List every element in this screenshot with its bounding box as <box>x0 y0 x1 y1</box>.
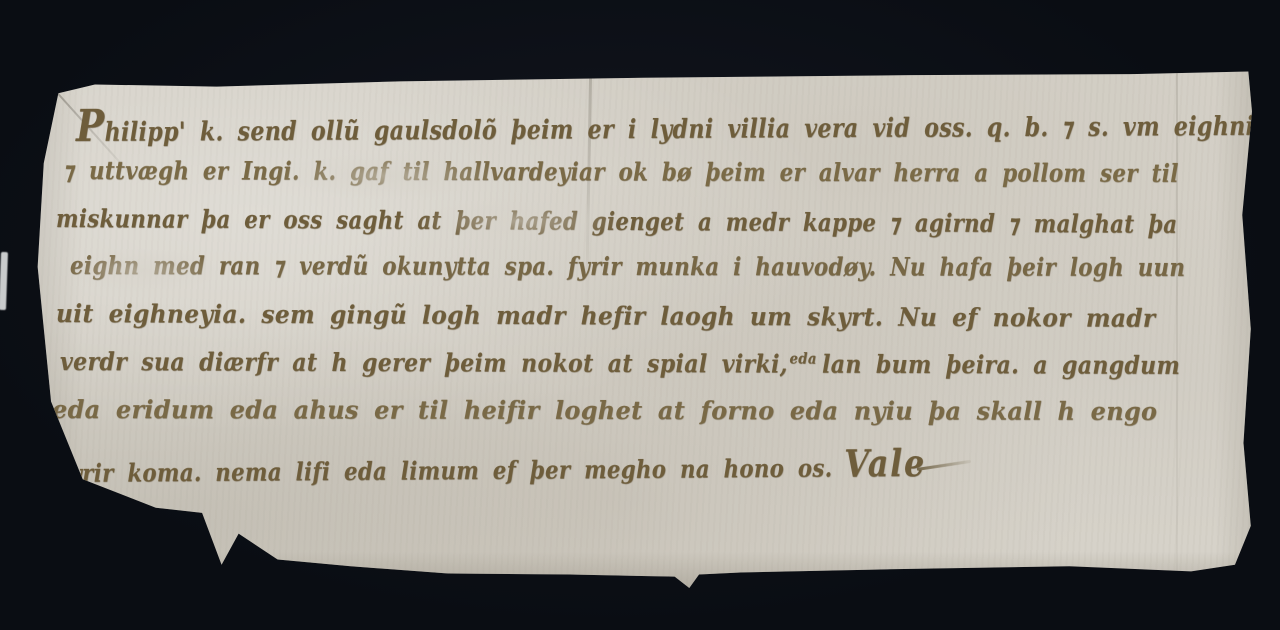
photo-background: Philipp' k. send ollũ gaulsdolõ þeim er … <box>0 0 1280 630</box>
crease-line <box>1176 70 1178 588</box>
background-paper-sliver <box>0 252 8 310</box>
manuscript-line-3: miskunnar þa er oss saght at þer hafed g… <box>56 206 1177 237</box>
interlinear-insertion: eda <box>790 349 817 367</box>
manuscript-line-1: Philipp' k. send ollũ gaulsdolõ þeim er … <box>76 104 1280 146</box>
manuscript-line-8-text: fyrir koma. nema lifi eda limum ef þer m… <box>60 454 833 488</box>
manuscript-line-6-text: verdr sua diærfr at h gerer þeim nokot a… <box>60 347 788 379</box>
manuscript-line-7: eda eridum eda ahus er til heifir loghet… <box>52 397 1157 424</box>
manuscript-line-6-text-after: lan bum þeira. a gangdum <box>822 350 1180 380</box>
manuscript-line-4: eighn med ran ⁊ verdũ okunytta spa. fyri… <box>70 253 1185 280</box>
manuscript-line-5: uit eighneyia. sem gingũ logh madr hefir… <box>56 301 1156 331</box>
manuscript-line-2: ⁊ uttvægh er Ingi. k. gaf til hallvardey… <box>64 158 1179 186</box>
parchment: Philipp' k. send ollũ gaulsdolõ þeim er … <box>34 70 1252 588</box>
manuscript-line-8: fyrir koma. nema lifi eda limum ef þer m… <box>60 445 972 489</box>
manuscript-line-6: verdr sua diærfr at h gerer þeim nokot a… <box>60 349 1180 378</box>
vale-closing: Vale <box>844 441 926 486</box>
